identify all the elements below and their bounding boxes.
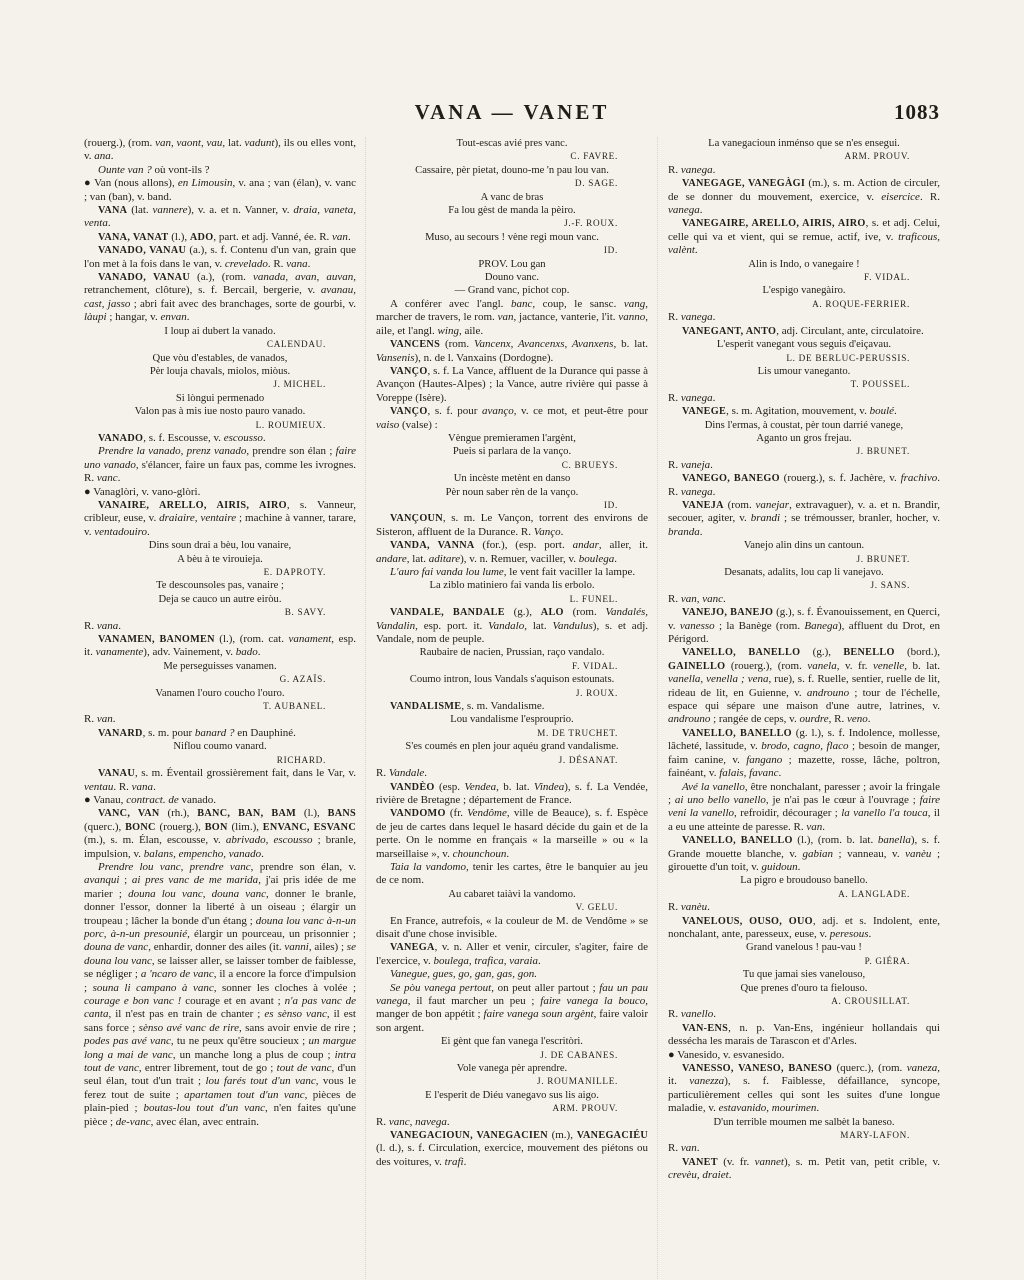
dictionary-entry: VANELLO, BANELLO (g. l.), s. f. Indolenc… <box>668 727 940 781</box>
verse-quote: E l'esperit de Diéu vanegavo sus lis aig… <box>376 1089 648 1102</box>
etymology-reference: R. van. <box>84 713 356 726</box>
verse-quote: Desanats, adalits, lou cap li vanejavo. <box>668 566 940 579</box>
text-columns: (rouerg.), (rom. van, vaont, vau, lat. v… <box>0 133 1024 1280</box>
author-attribution: C. BRUEYS. <box>376 459 648 472</box>
verse-quote: A vanc de bras Fa lou gèst de manda la p… <box>376 191 648 218</box>
author-attribution: F. VIDAL. <box>376 660 648 673</box>
etymology-reference: R. van. <box>668 1142 940 1155</box>
verse-quote: S'es coumés en plen jour aquéu grand van… <box>376 740 648 753</box>
usage-note: Prendre lou vanc, prendre vanc, prendre … <box>84 861 356 1129</box>
author-attribution: J. SANS. <box>668 579 940 592</box>
cross-reference-bullet: ● Vanau, contract. de vanado. <box>84 794 356 807</box>
dictionary-entry: VANDALISME, s. m. Vandalisme. <box>376 700 648 713</box>
verse-quote: Vole vanega pèr aprendre. <box>376 1062 648 1075</box>
text-column-1: (rouerg.), (rom. van, vaont, vau, lat. v… <box>84 137 356 1280</box>
author-attribution: J.-F. ROUX. <box>376 217 648 230</box>
usage-note: En France, autrefois, « la couleur de M.… <box>376 915 648 942</box>
dictionary-entry: VANELLO, BANELLO (g.), BENELLO (bord.), … <box>668 646 940 726</box>
verse-quote: Lis umour vaneganto. <box>668 365 940 378</box>
page-header: VANA — VANET 1083 <box>84 100 940 125</box>
author-attribution: M. DE TRUCHET. <box>376 727 648 740</box>
author-attribution: J. ROUX. <box>376 687 648 700</box>
verse-quote: L'espigo vanegàiro. <box>668 284 940 297</box>
etymology-reference: R. vaneja. <box>668 459 940 472</box>
verse-quote: Tout-escas avié pres vanc. <box>376 137 648 150</box>
author-attribution: E. DAPROTY. <box>84 566 356 579</box>
etymology-reference: R. vanèu. <box>668 901 940 914</box>
author-attribution: A. CROUSILLAT. <box>668 995 940 1008</box>
usage-note: Vanegue, gues, go, gan, gas, gon. <box>376 968 648 981</box>
etymology-reference: R. vana. <box>84 620 356 633</box>
author-attribution: ID. <box>376 244 648 257</box>
author-attribution: V. GELU. <box>376 901 648 914</box>
dictionary-entry: VANEGANT, ANTO, adj. Circulant, ante, ci… <box>668 325 940 338</box>
usage-note: Ounte van ? où vont-ils ? <box>84 164 356 177</box>
dictionary-entry: VANÇO, s. f. La Vance, affluent de la Du… <box>376 365 648 405</box>
dictionary-entry: VANCENS (rom. Vancenx, Avancenxs, Avanxe… <box>376 338 648 365</box>
dictionary-entry: VANDÈO (esp. Vendea, b. lat. Vindea), s.… <box>376 781 648 808</box>
etymology-reference: R. vanello. <box>668 1008 940 1021</box>
text-column-2: Tout-escas avié pres vanc.C. FAVRE.Cassa… <box>365 137 648 1280</box>
author-attribution: J. DÉSANAT. <box>376 754 648 767</box>
usage-note: A conférer avec l'angl. banc, coup, le s… <box>376 298 648 338</box>
usage-note: Avé la vanello, être nonchalant, paresse… <box>668 781 940 835</box>
verse-quote: Lou vandalisme l'esprouprio. <box>376 713 648 726</box>
verse-quote: D'un terrible moumen me salbèt la baneso… <box>668 1116 940 1129</box>
verse-quote: La pigro e broudouso banello. <box>668 874 940 887</box>
usage-note: L'auro fai vanda lou lume, le vent fait … <box>376 566 648 579</box>
verse-quote: Dins l'ermas, à coustat, pèr toun darrié… <box>668 419 940 446</box>
dictionary-entry: VANC, VAN (rh.), BANC, BAN, BAM (l.), BA… <box>84 807 356 861</box>
verse-quote: Alin is Indo, o vanegaire ! <box>668 258 940 271</box>
verse-quote: Grand vanelous ! pau-vau ! <box>668 941 940 954</box>
author-attribution: J. DE CABANES. <box>376 1049 648 1062</box>
author-attribution: F. VIDAL. <box>668 271 940 284</box>
dictionary-entry: VANEGO, BANEGO (rouerg.), s. f. Jachère,… <box>668 472 940 499</box>
cross-reference-bullet: ● Van (nous allons), en Limousin, v. ana… <box>84 177 356 204</box>
verse-quote: La ziblo matiniero fai vanda lis erbolo. <box>376 579 648 592</box>
author-attribution: D. SAGE. <box>376 177 648 190</box>
author-attribution: RICHARD. <box>84 754 356 767</box>
verse-quote: Coumo intron, lous Vandals s'aquison est… <box>376 673 648 686</box>
proverb: — Grand vanc, pichot cop. <box>376 284 648 297</box>
author-attribution: A. LANGLADE. <box>668 888 940 901</box>
verse-quote: Tu que jamai sies vanelouso, Que prenes … <box>668 968 940 995</box>
dictionary-entry: VANADO, VANAU (a.), (rom. vanada, avan, … <box>84 271 356 325</box>
verse-quote: Vanamen l'ouro coucho l'ouro. <box>84 687 356 700</box>
usage-note: Taia la vandomo, tenir les cartes, être … <box>376 861 648 888</box>
author-attribution: J. MICHEL. <box>84 378 356 391</box>
verse-quote: Ei gènt que fan vanega l'escritòri. <box>376 1035 648 1048</box>
author-attribution: MARY-LAFON. <box>668 1129 940 1142</box>
author-attribution: C. FAVRE. <box>376 150 648 163</box>
dictionary-entry: VANESSO, VANESO, BANESO (querc.), (rom. … <box>668 1062 940 1116</box>
proverb: PROV. Lou gan Douno vanc. <box>376 258 648 285</box>
dictionary-entry: VAN-ENS, n. p. Van-Ens, ingénieur hollan… <box>668 1022 940 1049</box>
author-attribution: L. DE BERLUC-PERUSSIS. <box>668 352 940 365</box>
verse-quote: Que vòu d'estables, de vanados, Pèr louj… <box>84 352 356 379</box>
author-attribution: J. BRUNET. <box>668 445 940 458</box>
author-attribution: B. SAVY. <box>84 606 356 619</box>
verse-quote: Me perseguisses vanamen. <box>84 660 356 673</box>
cross-reference-bullet: ● Vanesido, v. esvanesido. <box>668 1049 940 1062</box>
etymology-reference: R. Vandale. <box>376 767 648 780</box>
author-attribution: T. POUSSEL. <box>668 378 940 391</box>
dictionary-entry: VANADO, s. f. Escousse, v. escousso. <box>84 432 356 445</box>
author-attribution: P. GIÉRA. <box>668 955 940 968</box>
etymology-reference: R. vanega. <box>668 164 940 177</box>
verse-quote: La vanegacioun inménso que se n'es enseg… <box>668 137 940 150</box>
usage-note: Prendre la vanado, prenz vanado, prendre… <box>84 445 356 485</box>
verse-quote: Au cabaret taiàvi la vandomo. <box>376 888 648 901</box>
author-attribution: J. ROUMANILLE. <box>376 1075 648 1088</box>
verse-quote: Te descounsoles pas, vanaire ; Deja se c… <box>84 579 356 606</box>
dictionary-entry: VANEGE, s. m. Agitation, mouvement, v. b… <box>668 405 940 418</box>
author-attribution: G. AZAÏS. <box>84 673 356 686</box>
etymology-reference: R. vanega. <box>668 311 940 324</box>
dictionary-entry: VANEGACIOUN, VANEGACIEN (m.), VANEGACIÉU… <box>376 1129 648 1169</box>
entry-continuation: (rouerg.), (rom. van, vaont, vau, lat. v… <box>84 137 356 164</box>
dictionary-entry: VANEGA, v. n. Aller et venir, circuler, … <box>376 941 648 968</box>
text-column-3: La vanegacioun inménso que se n'es enseg… <box>657 137 940 1280</box>
dictionary-entry: VANELLO, BANELLO (l.), (rom. b. lat. ban… <box>668 834 940 874</box>
dictionary-entry: VANEJO, BANEJO (g.), s. f. Évanouissemen… <box>668 606 940 646</box>
verse-quote: Dins soun drai a bèu, lou vanaire, A bèu… <box>84 539 356 566</box>
verse-quote: Niflou coumo vanard. <box>84 740 356 753</box>
dictionary-entry: VANA (lat. vannere), v. a. et n. Vanner,… <box>84 204 356 231</box>
verse-quote: Vèngue premieramen l'argènt, Pueis si pa… <box>376 432 648 459</box>
verse-quote: L'esperit vanegant vous seguis d'eiçavau… <box>668 338 940 351</box>
dictionary-entry: VANET (v. fr. vannet), s. m. Petit van, … <box>668 1156 940 1183</box>
verse-quote: Muso, au secours ! vène regi moun vanc. <box>376 231 648 244</box>
cross-reference-bullet: ● Vanaglòri, v. vano-glòri. <box>84 486 356 499</box>
dictionary-entry: VANELOUS, OUSO, OUO, adj. et s. Indolent… <box>668 915 940 942</box>
dictionary-page: VANA — VANET 1083 (rouerg.), (rom. van, … <box>0 0 1024 1280</box>
verse-quote: Vanejo alin dins un cantoun. <box>668 539 940 552</box>
verse-quote: Si lòngui permenado Valon pas à mis iue … <box>84 392 356 419</box>
dictionary-entry: VANA, VANAT (l.), ADO, part. et adj. Van… <box>84 231 356 244</box>
author-attribution: A. ROQUE-FERRIER. <box>668 298 940 311</box>
dictionary-entry: VANDALE, BANDALE (g.), ALO (rom. Vandalé… <box>376 606 648 646</box>
verse-quote: Cassaire, pèr pietat, douno-me 'n pau lo… <box>376 164 648 177</box>
dictionary-entry: VANEGAGE, VANEGÀGI (m.), s. m. Action de… <box>668 177 940 217</box>
dictionary-entry: VANDA, VANNA (for.), (esp. port. andar, … <box>376 539 648 566</box>
author-attribution: L. ROUMIEUX. <box>84 419 356 432</box>
etymology-reference: R. van, vanc. <box>668 593 940 606</box>
page-header-title: VANA — VANET <box>376 100 648 125</box>
author-attribution: T. AUBANEL. <box>84 700 356 713</box>
verse-quote: Raubaire de nacien, Prussian, raço vanda… <box>376 646 648 659</box>
author-attribution: J. BRUNET. <box>668 553 940 566</box>
etymology-reference: R. vanega. <box>668 392 940 405</box>
dictionary-entry: VANADO, VANAU (a.), s. f. Contenu d'un v… <box>84 244 356 271</box>
dictionary-entry: VANAIRE, ARELLO, AIRIS, AIRO, s. Vanneur… <box>84 499 356 539</box>
author-attribution: L. FUNEL. <box>376 593 648 606</box>
author-attribution: ARM. PROUV. <box>376 1102 648 1115</box>
page-number: 1083 <box>668 100 940 125</box>
verse-quote: I loup ai dubert la vanado. <box>84 325 356 338</box>
dictionary-entry: VANARD, s. m. pour banard ? en Dauphiné. <box>84 727 356 740</box>
dictionary-entry: VANAU, s. m. Éventail grossièrement fait… <box>84 767 356 794</box>
author-attribution: CALENDAU. <box>84 338 356 351</box>
author-attribution: ID. <box>376 499 648 512</box>
dictionary-entry: VANDOMO (fr. Vendôme, ville de Beauce), … <box>376 807 648 861</box>
verse-quote: Un incèste metènt en danso Pèr noun sabe… <box>376 472 648 499</box>
usage-note: Se pòu vanega pertout, on peut aller par… <box>376 982 648 1036</box>
dictionary-entry: VANÇOUN, s. m. Le Vançon, torrent des en… <box>376 512 648 539</box>
dictionary-entry: VANAMEN, BANOMEN (l.), (rom. cat. vaname… <box>84 633 356 660</box>
author-attribution: ARM. PROUV. <box>668 150 940 163</box>
dictionary-entry: VANÇO, s. f. pour avanço, v. ce mot, et … <box>376 405 648 432</box>
dictionary-entry: VANEJA (rom. vanejar, extravaguer), v. a… <box>668 499 940 539</box>
etymology-reference: R. vanc, navega. <box>376 1116 648 1129</box>
dictionary-entry: VANEGAIRE, ARELLO, AIRIS, AIRO, s. et ad… <box>668 217 940 257</box>
